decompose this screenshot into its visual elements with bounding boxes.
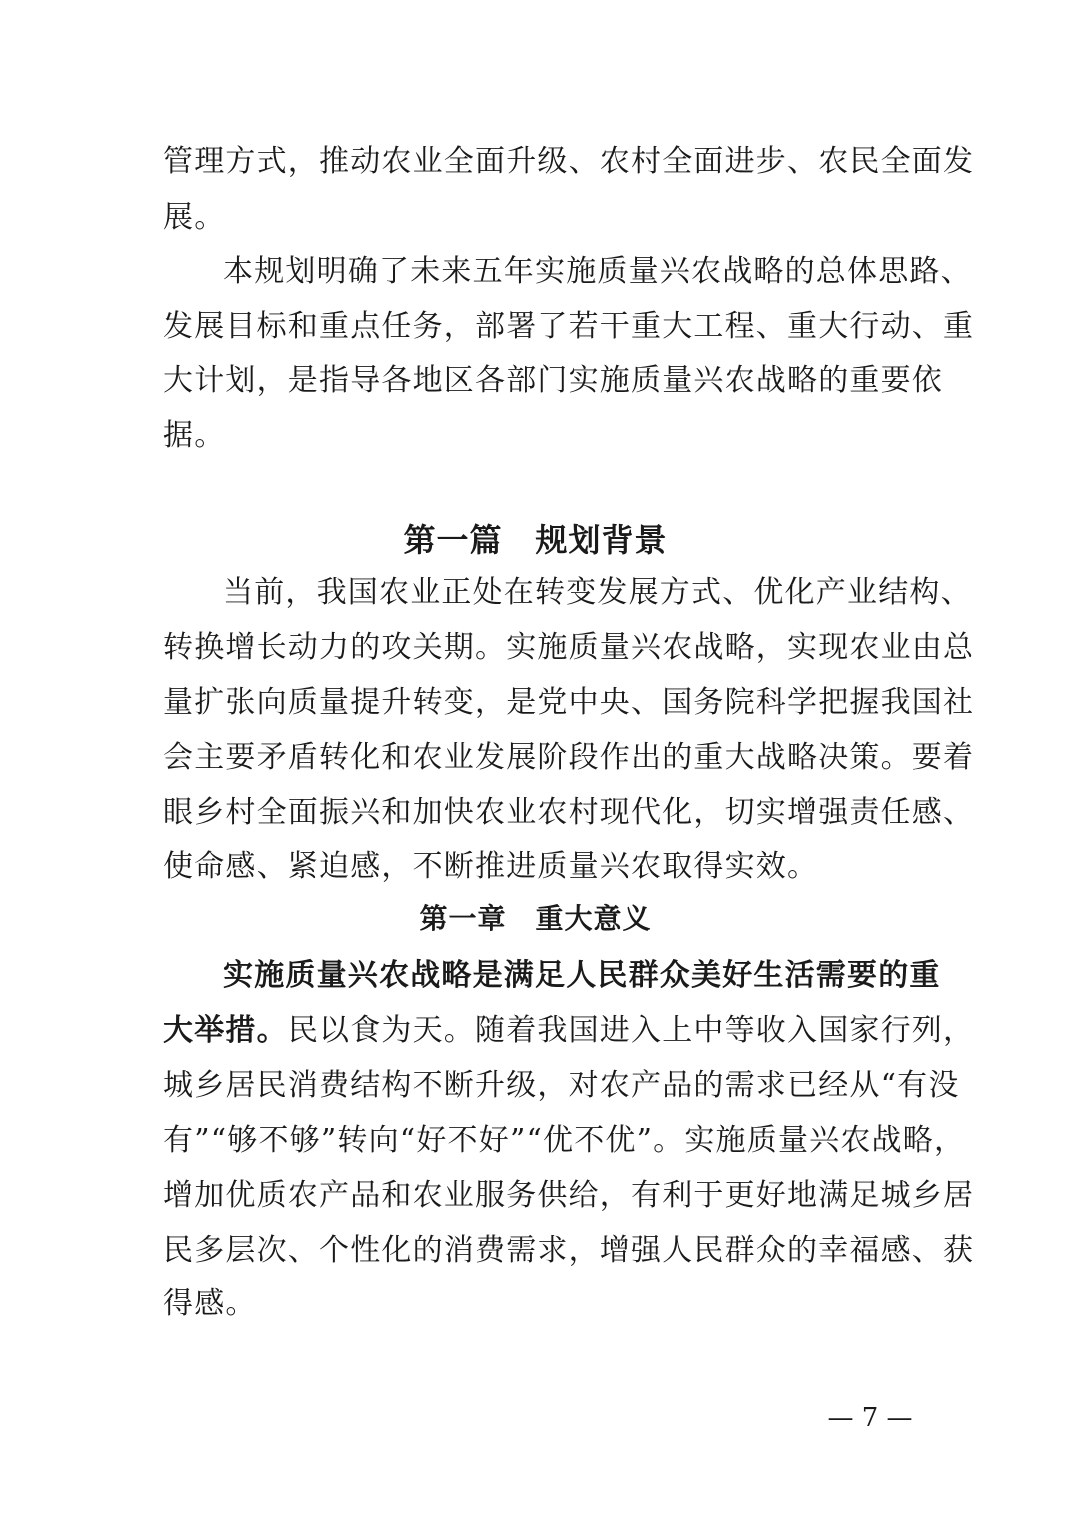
text-line: 管理方式，推动农业全面升级、农村全面进步、农民全面发 (163, 142, 908, 182)
text-line: 当前，我国农业正处在转变发展方式、优化产业结构、 (223, 573, 908, 613)
text-line: 大举措。民以食为天。随着我国进入上中等收入国家行列， (163, 1011, 908, 1051)
text-line: 转换增长动力的攻关期。实施质量兴农战略，实现农业由总 (163, 628, 908, 668)
text-span: 民以食为天。随着我国进入上中等收入国家行列， (288, 1013, 974, 1048)
text-line: 会主要矛盾转化和农业发展阶段作出的重大战略决策。要着 (163, 738, 908, 778)
text-line: 量扩张向质量提升转变，是党中央、国务院科学把握我国社 (163, 683, 908, 723)
text-line: 展。 (163, 198, 908, 238)
text-line: 有”“够不够”转向“好不好”“优不优”。实施质量兴农战略， (163, 1121, 908, 1161)
chapter-heading: 第一章 重大意义 (163, 899, 908, 939)
text-line: 本规划明确了未来五年实施质量兴农战略的总体思路、 (223, 252, 908, 292)
bold-lead-sentence-end: 大举措。 (163, 1013, 288, 1048)
text-line: 眼乡村全面振兴和加快农业农村现代化，切实增强责任感、 (163, 793, 908, 833)
document-page: 管理方式，推动农业全面升级、农村全面进步、农民全面发 展。 本规划明确了未来五年… (0, 0, 1080, 1528)
text-line: 发展目标和重点任务，部署了若干重大工程、重大行动、重 (163, 307, 908, 347)
part-heading: 第一篇 规划背景 (163, 518, 908, 562)
text-line: 大计划，是指导各地区各部门实施质量兴农战略的重要依 (163, 361, 908, 401)
text-line: 增加优质农产品和农业服务供给，有利于更好地满足城乡居 (163, 1176, 908, 1216)
text-line: 城乡居民消费结构不断升级，对农产品的需求已经从“有没 (163, 1066, 908, 1106)
bold-lead-sentence: 实施质量兴农战略是满足人民群众美好生活需要的重 (223, 956, 908, 996)
page-number: — 7 — (820, 1398, 920, 1438)
text-line: 据。 (163, 416, 908, 456)
text-line: 得感。 (163, 1284, 908, 1324)
text-line: 民多层次、个性化的消费需求，增强人民群众的幸福感、获 (163, 1231, 908, 1271)
text-line: 使命感、紧迫感，不断推进质量兴农取得实效。 (163, 847, 908, 887)
